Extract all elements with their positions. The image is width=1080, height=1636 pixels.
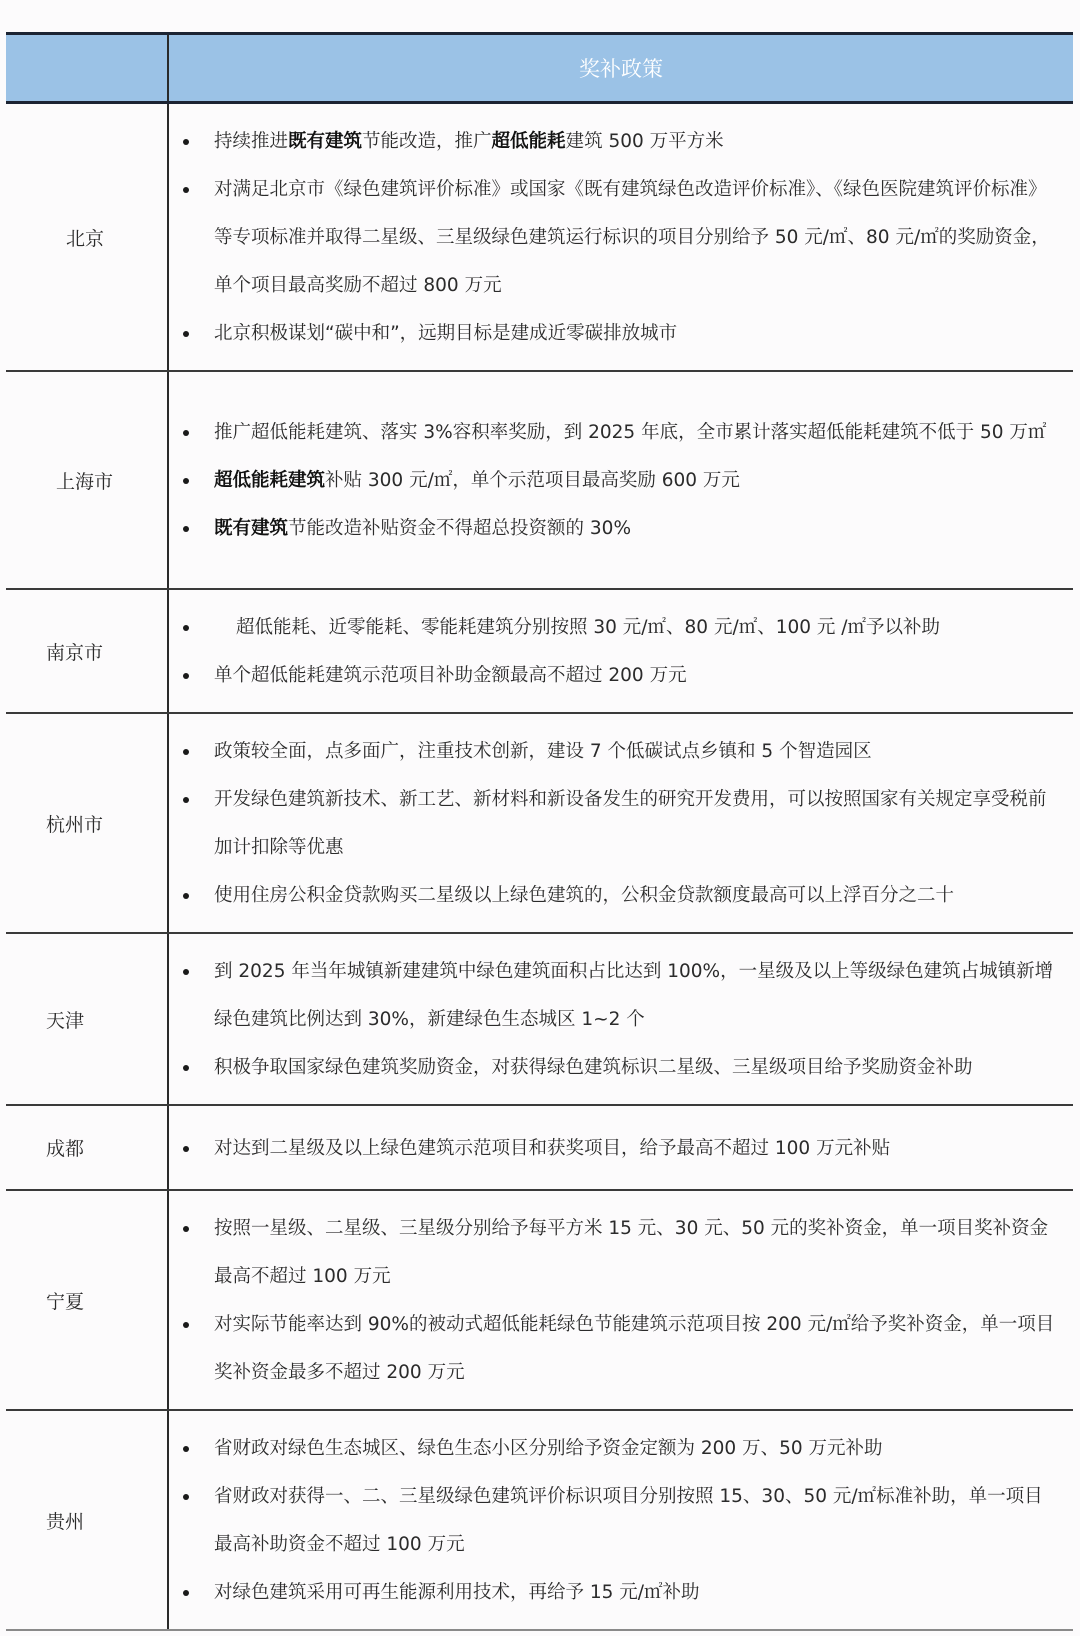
city-name: 杭州市	[6, 810, 103, 837]
city-name: 宁夏	[6, 1287, 84, 1314]
policy-text: 到 2025 年当年城镇新建建筑中绿色建筑面积占比达到 100%，一星级及以上等…	[214, 961, 1053, 1030]
policy-text: 持续推进	[214, 131, 288, 152]
table-row: 贵州省财政对绿色生态城区、绿色生态小区分别给予资金定额为 200 万、50 万元…	[6, 1410, 1073, 1630]
city-cell: 北京	[6, 103, 168, 372]
policy-text-bold: 超低能耗建筑	[214, 470, 325, 491]
bullet-dot-icon	[183, 1146, 189, 1152]
policy-bullet-list: 超低能耗、近零能耗、零能耗建筑分别按照 30 元/㎡、80 元/㎡、100 元 …	[169, 604, 1057, 700]
bullet-dot-icon	[183, 1226, 189, 1232]
policy-text: 省财政对绿色生态城区、绿色生态小区分别给予资金定额为 200 万、50 万元补助	[214, 1438, 883, 1459]
policy-bullet-item: 对绿色建筑采用可再生能源利用技术，再给予 15 元/㎡补助	[169, 1569, 1057, 1617]
policy-bullet-item: 政策较全面，点多面广，注重技术创新，建设 7 个低碳试点乡镇和 5 个智造园区	[169, 728, 1057, 776]
policy-text: 按照一星级、二星级、三星级分别给予每平方米 15 元、30 元、50 元的奖补资…	[214, 1218, 1048, 1287]
policy-bullet-item: 对实际节能率达到 90%的被动式超低能耗绿色节能建筑示范项目按 200 元/㎡给…	[169, 1301, 1057, 1397]
city-name: 上海市	[6, 467, 113, 494]
policy-bullet-list: 对达到二星级及以上绿色建筑示范项目和获奖项目，给予最高不超过 100 万元补贴	[169, 1125, 1057, 1173]
bullet-dot-icon	[183, 187, 189, 193]
policy-text: 对实际节能率达到 90%的被动式超低能耗绿色节能建筑示范项目按 200 元/㎡给…	[214, 1314, 1054, 1383]
policy-cell: 超低能耗、近零能耗、零能耗建筑分别按照 30 元/㎡、80 元/㎡、100 元 …	[168, 589, 1073, 713]
policy-text: 开发绿色建筑新技术、新工艺、新材料和新设备发生的研究开发费用，可以按照国家有关规…	[214, 789, 1047, 858]
table-row: 天津到 2025 年当年城镇新建建筑中绿色建筑面积占比达到 100%，一星级及以…	[6, 933, 1073, 1105]
policy-bullet-item: 使用住房公积金贷款购买二星级以上绿色建筑的，公积金贷款额度最高可以上浮百分之二十	[169, 872, 1057, 920]
policy-bullet-list: 到 2025 年当年城镇新建建筑中绿色建筑面积占比达到 100%，一星级及以上等…	[169, 948, 1057, 1092]
bullet-dot-icon	[183, 797, 189, 803]
city-cell: 成都	[6, 1105, 168, 1190]
city-name: 南京市	[6, 638, 103, 665]
policy-text: 推广超低能耗建筑、落实 3%容积率奖励，到 2025 年底，全市累计落实超低能耗…	[214, 422, 1046, 443]
policy-text: 建筑 500 万平方米	[566, 131, 724, 152]
policy-cell: 到 2025 年当年城镇新建建筑中绿色建筑面积占比达到 100%，一星级及以上等…	[168, 933, 1073, 1105]
bullet-dot-icon	[183, 139, 189, 145]
policy-bullet-item: 按照一星级、二星级、三星级分别给予每平方米 15 元、30 元、50 元的奖补资…	[169, 1205, 1057, 1301]
policy-bullet-item: 推广超低能耗建筑、落实 3%容积率奖励，到 2025 年底，全市累计落实超低能耗…	[169, 409, 1057, 457]
policy-text: 节能改造补贴资金不得超总投资额的 30%	[288, 518, 631, 539]
city-cell: 贵州	[6, 1410, 168, 1630]
bullet-dot-icon	[183, 526, 189, 532]
table-row: 北京持续推进既有建筑节能改造，推广超低能耗建筑 500 万平方米对满足北京市《绿…	[6, 103, 1073, 372]
policy-bullet-item: 北京积极谋划“碳中和”，远期目标是建成近零碳排放城市	[169, 310, 1057, 358]
policy-cell: 按照一星级、二星级、三星级分别给予每平方米 15 元、30 元、50 元的奖补资…	[168, 1190, 1073, 1410]
policy-text: 对绿色建筑采用可再生能源利用技术，再给予 15 元/㎡补助	[214, 1582, 700, 1603]
policy-text: 省财政对获得一、二、三星级绿色建筑评价标识项目分别按照 15、30、50 元/㎡…	[214, 1486, 1043, 1555]
city-cell: 上海市	[6, 371, 168, 589]
policy-bullet-item: 超低能耗建筑补贴 300 元/㎡，单个示范项目最高奖励 600 万元	[169, 457, 1057, 505]
city-name: 天津	[6, 1006, 84, 1033]
city-name: 成都	[6, 1134, 84, 1161]
city-cell: 南京市	[6, 589, 168, 713]
header-row: 奖补政策	[6, 34, 1073, 103]
bullet-dot-icon	[183, 893, 189, 899]
bullet-dot-icon	[183, 749, 189, 755]
city-name: 贵州	[6, 1507, 84, 1534]
policy-cell: 持续推进既有建筑节能改造，推广超低能耗建筑 500 万平方米对满足北京市《绿色建…	[168, 103, 1073, 372]
policy-text: 单个超低能耗建筑示范项目补助金额最高不超过 200 万元	[214, 665, 687, 686]
bullet-dot-icon	[183, 673, 189, 679]
policy-cell: 政策较全面，点多面广，注重技术创新，建设 7 个低碳试点乡镇和 5 个智造园区开…	[168, 713, 1073, 933]
bullet-dot-icon	[183, 1590, 189, 1596]
policy-text: 补贴 300 元/㎡，单个示范项目最高奖励 600 万元	[325, 470, 740, 491]
bullet-dot-icon	[183, 969, 189, 975]
table-row: 杭州市政策较全面，点多面广，注重技术创新，建设 7 个低碳试点乡镇和 5 个智造…	[6, 713, 1073, 933]
city-cell: 天津	[6, 933, 168, 1105]
policy-text: 积极争取国家绿色建筑奖励资金，对获得绿色建筑标识二星级、三星级项目给予奖励资金补…	[214, 1057, 973, 1078]
policy-text: 北京积极谋划“碳中和”，远期目标是建成近零碳排放城市	[214, 323, 677, 344]
policy-text-bold: 超低能耗	[492, 131, 566, 152]
city-column-header	[6, 34, 168, 103]
policy-bullet-item: 省财政对绿色生态城区、绿色生态小区分别给予资金定额为 200 万、50 万元补助	[169, 1425, 1057, 1473]
table-body: 北京持续推进既有建筑节能改造，推广超低能耗建筑 500 万平方米对满足北京市《绿…	[6, 103, 1073, 1631]
bullet-dot-icon	[183, 1494, 189, 1500]
bullet-dot-icon	[183, 625, 189, 631]
bullet-dot-icon	[183, 1446, 189, 1452]
policy-table: 奖补政策 北京持续推进既有建筑节能改造，推广超低能耗建筑 500 万平方米对满足…	[6, 32, 1073, 1631]
bullet-dot-icon	[183, 478, 189, 484]
bullet-dot-icon	[183, 331, 189, 337]
table-row: 宁夏按照一星级、二星级、三星级分别给予每平方米 15 元、30 元、50 元的奖…	[6, 1190, 1073, 1410]
policy-bullet-list: 持续推进既有建筑节能改造，推广超低能耗建筑 500 万平方米对满足北京市《绿色建…	[169, 118, 1057, 358]
policy-text: 对达到二星级及以上绿色建筑示范项目和获奖项目，给予最高不超过 100 万元补贴	[214, 1138, 890, 1159]
policy-bullet-item: 积极争取国家绿色建筑奖励资金，对获得绿色建筑标识二星级、三星级项目给予奖励资金补…	[169, 1044, 1057, 1092]
policy-bullet-item: 持续推进既有建筑节能改造，推广超低能耗建筑 500 万平方米	[169, 118, 1057, 166]
policy-text: 超低能耗、近零能耗、零能耗建筑分别按照 30 元/㎡、80 元/㎡、100 元 …	[236, 617, 940, 638]
policy-bullet-list: 政策较全面，点多面广，注重技术创新，建设 7 个低碳试点乡镇和 5 个智造园区开…	[169, 728, 1057, 920]
bullet-dot-icon	[183, 1322, 189, 1328]
policy-text-bold: 既有建筑	[214, 518, 288, 539]
policy-text: 政策较全面，点多面广，注重技术创新，建设 7 个低碳试点乡镇和 5 个智造园区	[214, 741, 872, 762]
policy-text: 对满足北京市《绿色建筑评价标准》或国家《既有建筑绿色改造评价标准》、《绿色医院建…	[214, 179, 1050, 296]
bullet-dot-icon	[183, 430, 189, 436]
city-name: 北京	[6, 224, 104, 251]
policy-text: 使用住房公积金贷款购买二星级以上绿色建筑的，公积金贷款额度最高可以上浮百分之二十	[214, 885, 954, 906]
policy-bullet-list: 推广超低能耗建筑、落实 3%容积率奖励，到 2025 年底，全市累计落实超低能耗…	[169, 409, 1057, 553]
policy-bullet-item: 既有建筑节能改造补贴资金不得超总投资额的 30%	[169, 505, 1057, 553]
policy-cell: 省财政对绿色生态城区、绿色生态小区分别给予资金定额为 200 万、50 万元补助…	[168, 1410, 1073, 1630]
policy-bullet-item: 到 2025 年当年城镇新建建筑中绿色建筑面积占比达到 100%，一星级及以上等…	[169, 948, 1057, 1044]
policy-text-bold: 既有建筑	[288, 131, 362, 152]
policy-cell: 推广超低能耗建筑、落实 3%容积率奖励，到 2025 年底，全市累计落实超低能耗…	[168, 371, 1073, 589]
table-row: 南京市超低能耗、近零能耗、零能耗建筑分别按照 30 元/㎡、80 元/㎡、100…	[6, 589, 1073, 713]
policy-bullet-item: 对达到二星级及以上绿色建筑示范项目和获奖项目，给予最高不超过 100 万元补贴	[169, 1125, 1057, 1173]
policy-bullet-item: 对满足北京市《绿色建筑评价标准》或国家《既有建筑绿色改造评价标准》、《绿色医院建…	[169, 166, 1057, 310]
policy-bullet-list: 按照一星级、二星级、三星级分别给予每平方米 15 元、30 元、50 元的奖补资…	[169, 1205, 1057, 1397]
policy-bullet-item: 省财政对获得一、二、三星级绿色建筑评价标识项目分别按照 15、30、50 元/㎡…	[169, 1473, 1057, 1569]
table-row: 上海市推广超低能耗建筑、落实 3%容积率奖励，到 2025 年底，全市累计落实超…	[6, 371, 1073, 589]
city-cell: 杭州市	[6, 713, 168, 933]
policy-text: 节能改造，推广	[362, 131, 492, 152]
bullet-dot-icon	[183, 1065, 189, 1071]
policy-bullet-item: 超低能耗、近零能耗、零能耗建筑分别按照 30 元/㎡、80 元/㎡、100 元 …	[169, 604, 1057, 652]
policy-bullet-item: 开发绿色建筑新技术、新工艺、新材料和新设备发生的研究开发费用，可以按照国家有关规…	[169, 776, 1057, 872]
city-cell: 宁夏	[6, 1190, 168, 1410]
table-row: 成都对达到二星级及以上绿色建筑示范项目和获奖项目，给予最高不超过 100 万元补…	[6, 1105, 1073, 1190]
policy-column-header: 奖补政策	[168, 34, 1073, 103]
policy-bullet-list: 省财政对绿色生态城区、绿色生态小区分别给予资金定额为 200 万、50 万元补助…	[169, 1425, 1057, 1617]
policy-cell: 对达到二星级及以上绿色建筑示范项目和获奖项目，给予最高不超过 100 万元补贴	[168, 1105, 1073, 1190]
policy-bullet-item: 单个超低能耗建筑示范项目补助金额最高不超过 200 万元	[169, 652, 1057, 700]
